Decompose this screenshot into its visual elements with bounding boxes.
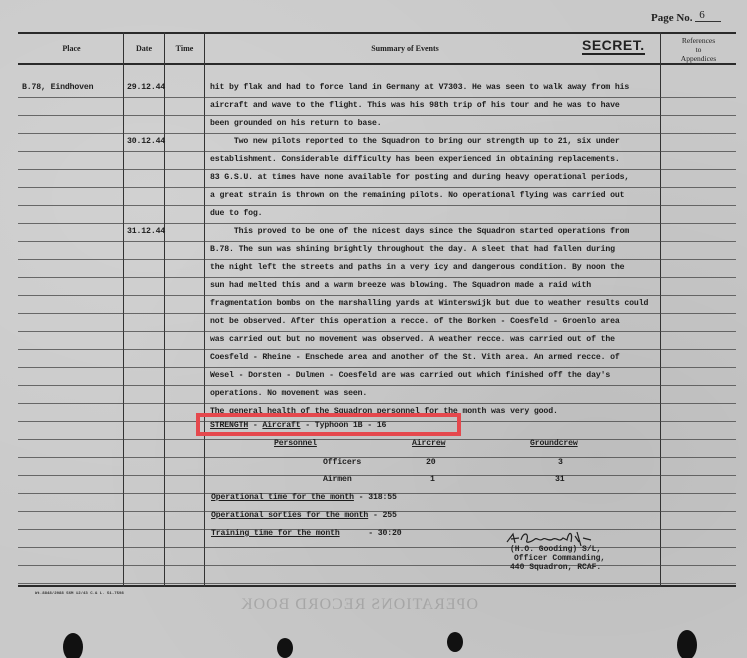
entry-1-line-3: been grounded on his return to base.: [210, 119, 381, 128]
ruled-line: [18, 151, 736, 152]
ruled-line: [18, 97, 736, 98]
punch-hole: [447, 632, 463, 652]
entry-3-line-5: fragmentation bombs on the marshalling y…: [210, 299, 648, 308]
header-time: Time: [165, 44, 204, 53]
stat-operational-sorties: Operational sorties for the month - 255: [211, 511, 397, 520]
ruled-line: [18, 583, 736, 584]
ruled-line: [18, 565, 736, 566]
ruled-line: [18, 439, 736, 440]
ruled-line: [18, 133, 736, 134]
entry-3-line-10: operations. No movement was seen.: [210, 389, 367, 398]
classification-stamp: SECRET.: [582, 38, 645, 55]
airmen-label: Airmen: [323, 475, 352, 484]
ruled-line: [18, 475, 736, 476]
entry-3-date: 31.12.44: [127, 227, 165, 236]
ruled-line: [18, 313, 736, 314]
entry-2-line-1: Two new pilots reported to the Squadron …: [210, 137, 620, 146]
ruled-line: [18, 259, 736, 260]
entry-2-line-3: 83 G.S.U. at times have none available f…: [210, 173, 629, 182]
highlight-box: [196, 413, 461, 436]
ruled-line: [18, 223, 736, 224]
signature-title: Officer Commanding,: [514, 554, 605, 563]
punch-hole: [277, 638, 293, 658]
signature-unit: 440 Squadron, RCAF.: [510, 563, 601, 572]
ruled-line: [18, 385, 736, 386]
ruled-line: [18, 205, 736, 206]
personnel-header: Personnel: [274, 439, 317, 448]
signature-name: (H.O. Gooding) S/L,: [510, 545, 601, 554]
ruled-line: [18, 187, 736, 188]
airmen-aircrew: 1: [430, 475, 435, 484]
entry-1-line-1: hit by flak and had to force land in Ger…: [210, 83, 629, 92]
entry-3-line-6: not be observed. After this operation a …: [210, 317, 620, 326]
entry-3-line-4: sun had melted this and a warm breeze wa…: [210, 281, 591, 290]
stat-training-time: Training time for the month - 30:20: [211, 529, 402, 538]
officers-groundcrew: 3: [558, 458, 563, 467]
entry-2-line-4: a great strain is thrown on the remainin…: [210, 191, 624, 200]
ruled-line: [18, 295, 736, 296]
printer-code: Wt.8848/2088 56M 12/43 C.& L. 51-7598: [35, 592, 124, 596]
entry-3-line-8: Coesfeld - Rheine - Enschede area and an…: [210, 353, 620, 362]
entry-2-line-2: establishment. Considerable difficulty h…: [210, 155, 620, 164]
ruled-line: [18, 367, 736, 368]
ruled-line: [18, 331, 736, 332]
entry-3-line-9: Wesel - Dorsten - Dulmen - Coesfeld are …: [210, 371, 610, 380]
entry-1-place: B.78, Eindhoven: [22, 83, 93, 92]
entry-2-line-5: due to fog.: [210, 209, 262, 218]
entry-3-line-1: This proved to be one of the nicest days…: [210, 227, 629, 236]
ruled-line: [18, 169, 736, 170]
entry-2-date: 30.12.44: [127, 137, 165, 146]
ruled-line: [18, 115, 736, 116]
ruled-line: [18, 349, 736, 350]
entry-1-line-2: aircraft and wave to the flight. This wa…: [210, 101, 620, 110]
page-number-value: 6: [695, 9, 721, 22]
header-place: Place: [20, 44, 123, 53]
entry-3-line-7: was carried out but no movement was obse…: [210, 335, 615, 344]
aircrew-header: Aircrew: [412, 439, 445, 448]
table-top-rule: [18, 32, 736, 34]
page-number-label: Page No.: [651, 12, 693, 24]
groundcrew-header: Groundcrew: [530, 439, 578, 448]
officers-aircrew: 20: [426, 458, 436, 467]
stat-operational-time: Operational time for the month - 318:55: [211, 493, 397, 502]
header-references: References to Appendices: [661, 36, 736, 63]
punch-hole: [677, 630, 697, 658]
entry-3-line-3: the night left the streets and paths in …: [210, 263, 624, 272]
header-summary: Summary of Events: [205, 44, 605, 53]
ruled-line: [18, 457, 736, 458]
entry-1-date: 29.12.44: [127, 83, 165, 92]
ruled-line: [18, 547, 736, 548]
airmen-groundcrew: 31: [555, 475, 565, 484]
punch-hole: [63, 633, 83, 658]
ruled-line: [18, 241, 736, 242]
table-bottom-rule: [18, 585, 736, 587]
header-bottom-rule: [18, 63, 736, 65]
bleed-through-title: OPERATIONS RECORD BOOK: [240, 596, 478, 614]
ruled-line: [18, 403, 736, 404]
page-number: Page No. 6: [651, 12, 721, 25]
ruled-line: [18, 277, 736, 278]
entry-3-line-2: B.78. The sun was shining brightly throu…: [210, 245, 615, 254]
officers-label: Officers: [323, 458, 361, 467]
header-date: Date: [124, 44, 164, 53]
